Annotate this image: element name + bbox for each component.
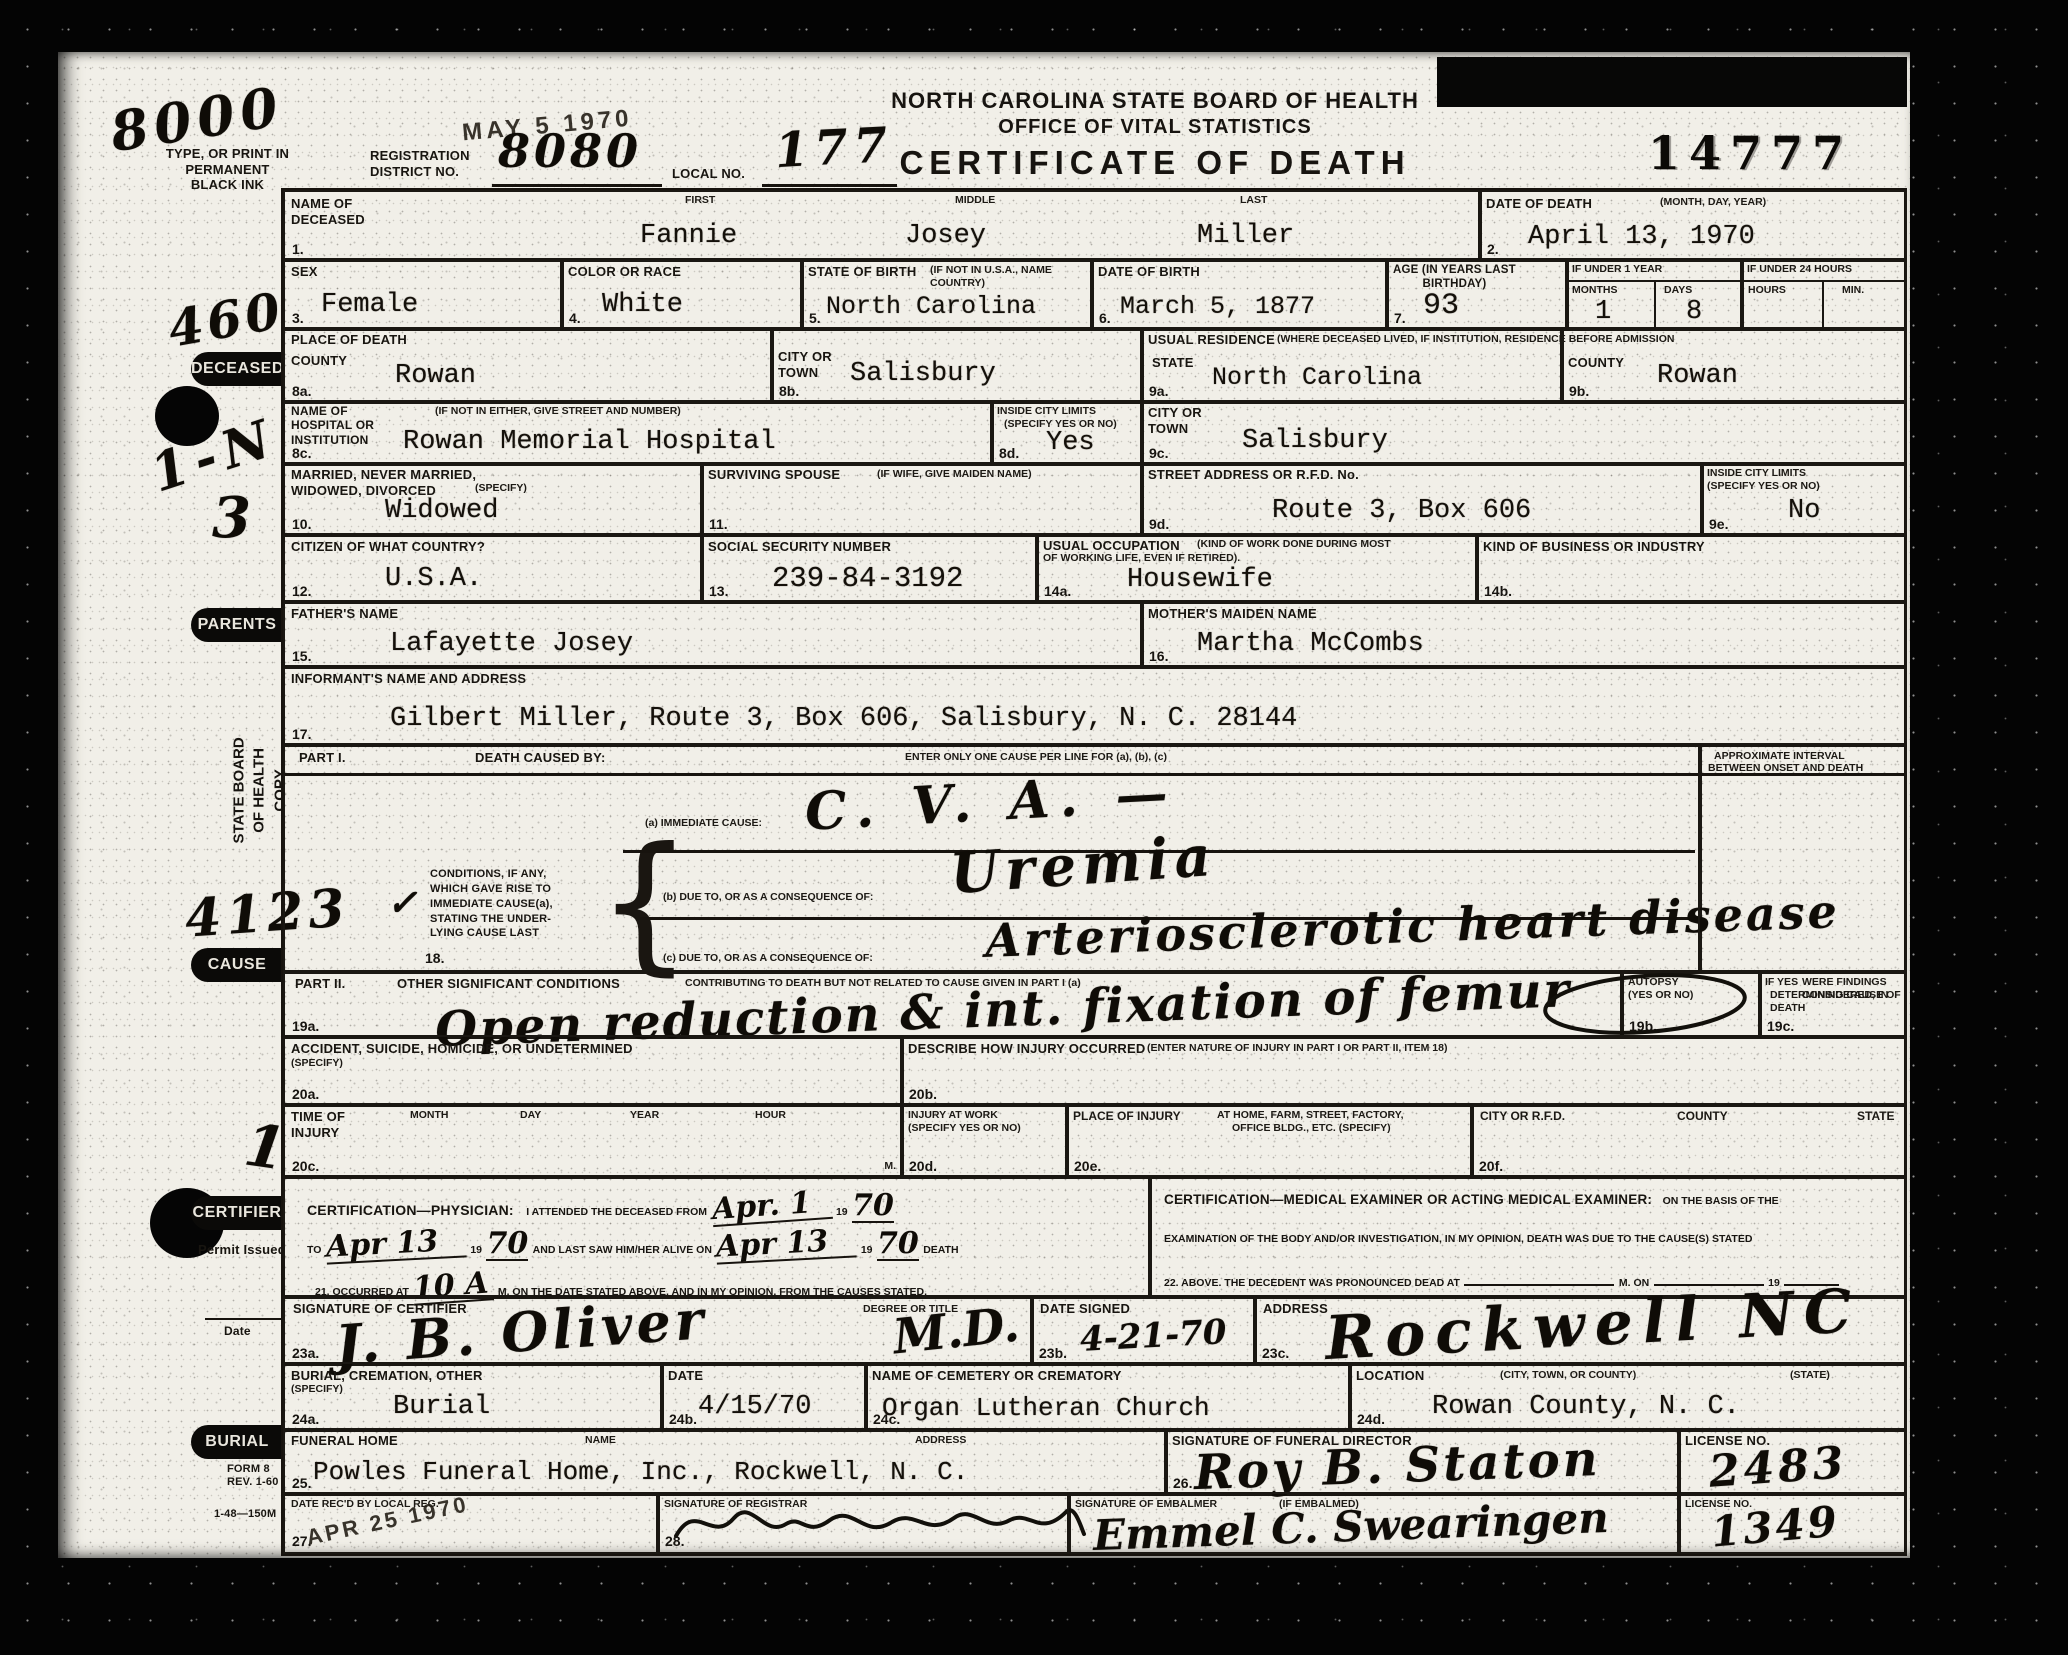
field-ssn: SOCIAL SECURITY NUMBER 239-84-3192 13. <box>700 533 1039 604</box>
field-certifier-address: ADDRESS Rockwell NC 23c. <box>1253 1295 1907 1366</box>
tab-burial: BURIAL <box>191 1425 283 1459</box>
part1-cause-of-death: PART I. DEATH CAUSED BY: ENTER ONLY ONE … <box>283 743 1702 974</box>
field-father-name: FATHER'S NAME Lafayette Josey 15. <box>283 600 1144 669</box>
scanned-death-certificate: 8000 TYPE, OR PRINT IN PERMANENT BLACK I… <box>0 0 2068 1655</box>
min-subcell: MIN. <box>1824 280 1905 331</box>
burial-location-value: Rowan County, N. C. <box>1432 1394 1740 1421</box>
field-signature-of-certifier: SIGNATURE OF CERTIFIER J. B. Oliver DEGR… <box>283 1295 1034 1366</box>
field-place-of-death-county: PLACE OF DEATH COUNTY Rowan 8a. <box>283 327 774 404</box>
tab-parents: PARENTS <box>191 608 283 642</box>
field-date-received: DATE REC'D BY LOCAL REG. APR 25 1970 27. <box>283 1492 660 1554</box>
field-informant: INFORMANT'S NAME AND ADDRESS Gilbert Mil… <box>283 665 1907 747</box>
field-burial-type: BURIAL, CREMATION, OTHER (SPECIFY) Buria… <box>283 1362 664 1432</box>
permit-issued-label: Permit Issued <box>198 1242 286 1258</box>
date-label: Date <box>224 1324 251 1338</box>
field-marital-status: MARRIED, NEVER MARRIED,WIDOWED, DIVORCED… <box>283 462 704 537</box>
field-time-of-injury: TIME OFINJURY MONTH DAY YEAR HOUR M. 20c… <box>283 1103 904 1179</box>
field-director-license: LICENSE NO. 2483 <box>1677 1428 1907 1496</box>
days-subcell: DAYS 8 <box>1656 280 1742 331</box>
registrar-signature-scribble <box>668 1494 1088 1554</box>
field-business-industry: KIND OF BUSINESS OR INDUSTRY 14b. <box>1475 533 1907 604</box>
field-street-address: STREET ADDRESS OR R.F.D. No. Route 3, Bo… <box>1140 462 1704 537</box>
hospital-value: Rowan Memorial Hospital <box>403 429 776 456</box>
attended-to-value: Apr 13 <box>325 1225 466 1264</box>
certificate-number: 14777 <box>1648 126 1853 180</box>
field-surviving-spouse: SURVIVING SPOUSE (IF WIFE, GIVE MAIDEN N… <box>700 462 1144 537</box>
document-title: CERTIFICATE OF DEATH <box>845 144 1465 182</box>
death-county-value: Rowan <box>395 363 476 390</box>
pronounced-dead-at-blank <box>1464 1271 1614 1286</box>
field-age: AGE (IN YEARS LASTBIRTHDAY) 93 7. <box>1385 258 1569 331</box>
marital-status-value: Widowed <box>385 498 498 525</box>
attended-to-year: 70 <box>486 1229 528 1261</box>
degree-value: M.D. <box>891 1301 1022 1362</box>
field-mother-name: MOTHER'S MAIDEN NAME Martha McCombs 16. <box>1140 600 1907 669</box>
district-no-value: 8080 <box>498 128 642 174</box>
field-date-of-death: DATE OF DEATH (MONTH, DAY, YEAR) April 1… <box>1478 190 1907 262</box>
attended-from-year: 70 <box>852 1191 894 1223</box>
ssn-value: 239-84-3192 <box>772 564 963 593</box>
part2-other-conditions: PART II. OTHER SIGNIFICANT CONDITIONS CO… <box>283 970 1624 1039</box>
registration-district-label: REGISTRATION DISTRICT NO. <box>370 148 470 179</box>
field-color-or-race: COLOR OR RACE White 4. <box>560 258 804 331</box>
field-place-of-death-city: CITY ORTOWN Salisbury 8b. <box>770 327 1144 404</box>
header-line2: OFFICE OF VITAL STATISTICS <box>845 116 1465 139</box>
field-burial-date: DATE 4/15/70 24b. <box>660 1362 868 1432</box>
hours-subcell: HOURS <box>1742 280 1824 331</box>
residence-city-value: Salisbury <box>1242 428 1388 455</box>
burial-type-value: Burial <box>393 1394 490 1421</box>
scan-black-bar <box>1437 57 1907 107</box>
field-residence-state: USUAL RESIDENCE (WHERE DECEASED LIVED, I… <box>1140 327 1564 404</box>
last-alive-year: 70 <box>877 1229 919 1261</box>
months-value: 1 <box>1595 299 1611 326</box>
interval-rule <box>1700 773 1905 776</box>
field-findings-considered: IF YES WERE FINDINGS CONSIDERED, IN DETE… <box>1758 970 1907 1039</box>
field-funeral-director-signature: SIGNATURE OF FUNERAL DIRECTOR Roy B. Sta… <box>1164 1428 1681 1496</box>
residence-state-value: North Carolina <box>1212 365 1422 390</box>
field-cemetery: NAME OF CEMETERY OR CREMATORY Organ Luth… <box>864 1362 1352 1432</box>
date-line <box>205 1318 283 1320</box>
approximate-interval-column: APPROXIMATE INTERVAL BETWEEN ONSET AND D… <box>1698 743 1907 974</box>
citizen-value: U.S.A. <box>385 566 482 593</box>
state-of-birth-value: North Carolina <box>826 294 1036 319</box>
field-date-signed: DATE SIGNED 4-21-70 23b. <box>1030 1295 1257 1366</box>
field-if-under-1-year: IF UNDER 1 YEAR MONTHS 1 DAYS 8 <box>1565 258 1744 331</box>
death-city-value: Salisbury <box>850 361 996 388</box>
street-address-value: Route 3, Box 606 <box>1272 498 1531 525</box>
header-line1: NORTH CAROLINA STATE BOARD OF HEALTH <box>845 88 1465 114</box>
director-license-value: 2483 <box>1708 1441 1849 1495</box>
informant-value: Gilbert Miller, Route 3, Box 606, Salisb… <box>390 706 1297 733</box>
date-of-birth-value: March 5, 1877 <box>1120 294 1315 319</box>
funeral-director-signature: Roy B. Staton <box>1193 1435 1601 1497</box>
tab-cause: CAUSE <box>191 948 283 982</box>
inside-city-limits-9e-value: No <box>1788 498 1820 525</box>
father-name-value: Lafayette Josey <box>390 631 633 658</box>
date-of-death-value: April 13, 1970 <box>1528 224 1755 251</box>
occupation-value: Housewife <box>1127 567 1273 594</box>
field-residence-county: COUNTY Rowan 9b. <box>1560 327 1907 404</box>
local-no-label: LOCAL NO. <box>672 166 745 182</box>
field-embalmer-license: LICENSE NO. 1349 <box>1677 1492 1907 1554</box>
field-sex: SEX Female 3. <box>283 258 564 331</box>
field-place-of-injury: PLACE OF INJURY AT HOME, FARM, STREET, F… <box>1065 1103 1474 1179</box>
deceased-last-name: Miller <box>1197 223 1294 250</box>
field-date-of-birth: DATE OF BIRTH March 5, 1877 6. <box>1090 258 1389 331</box>
field-name-of-deceased: NAME OFDECEASED FIRST MIDDLE LAST Fannie… <box>283 190 1482 262</box>
field-embalmer-signature: SIGNATURE OF EMBALMER (IF EMBALMED) Emme… <box>1067 1492 1681 1554</box>
burial-date-value: 4/15/70 <box>698 1394 811 1421</box>
field-if-under-24-hours: IF UNDER 24 HOURS HOURS MIN. <box>1740 258 1907 331</box>
tab-certifier: CERTIFIER <box>191 1196 283 1230</box>
residence-county-value: Rowan <box>1657 363 1738 390</box>
cause-b-value: Uremia <box>948 828 1218 902</box>
last-alive-value: Apr 13 <box>716 1225 857 1264</box>
local-no-line <box>762 184 897 187</box>
field-occupation: USUAL OCCUPATION (KIND OF WORK DONE DURI… <box>1035 533 1479 604</box>
cemetery-value: Organ Lutheran Church <box>882 1395 1210 1421</box>
field-describe-injury: DESCRIBE HOW INJURY OCCURRED (ENTER NATU… <box>900 1035 1907 1107</box>
deceased-first-name: Fannie <box>640 223 737 250</box>
certifier-address-value: Rockwell NC <box>1324 1281 1863 1369</box>
field-burial-location: LOCATION (CITY, TOWN, OR COUNTY) (STATE)… <box>1348 1362 1907 1432</box>
days-value: 8 <box>1686 299 1702 326</box>
field-inside-city-limits-8d: INSIDE CITY LIMITS (SPECIFY YES OR NO) Y… <box>990 400 1144 466</box>
field-injury-city-county-state: CITY OR R.F.D. COUNTY STATE 20f. <box>1470 1103 1907 1179</box>
autopsy-circle-scribble <box>1530 962 1760 1042</box>
certification-physician: CERTIFICATION—PHYSICIAN: I ATTENDED THE … <box>283 1175 1152 1299</box>
embalmer-license-value: 1349 <box>1709 1500 1841 1553</box>
deceased-middle-name: Josey <box>905 223 986 250</box>
field-hospital: NAME OFHOSPITAL ORINSTITUTION (IF NOT IN… <box>283 400 994 466</box>
mother-name-value: Martha McCombs <box>1197 631 1424 658</box>
field-funeral-home: FUNERAL HOME NAME ADDRESS Powles Funeral… <box>283 1428 1168 1496</box>
attended-from-value: Apr. 1 <box>711 1187 833 1227</box>
cause-a-value: C. V. A. — <box>804 767 1179 838</box>
field-inside-city-limits-9e: INSIDE CITY LIMITS (SPECIFY YES OR NO) N… <box>1700 462 1907 537</box>
checkmark: ✓ <box>387 885 417 921</box>
field-injury-at-work: INJURY AT WORK (SPECIFY YES OR NO) 20d. <box>900 1103 1069 1179</box>
field-accident-type: ACCIDENT, SUICIDE, HOMICIDE, OR UNDETERM… <box>283 1035 904 1107</box>
field-registrar-signature: SIGNATURE OF REGISTRAR 28. <box>656 1492 1071 1554</box>
form-print-code: 1-48—150M <box>214 1508 276 1521</box>
funeral-home-value: Powles Funeral Home, Inc., Rockwell, N. … <box>313 1459 968 1485</box>
date-signed-value: 4-21-70 <box>1079 1315 1227 1357</box>
form-number: FORM 8 REV. 1-60 <box>227 1463 279 1489</box>
sex-value: Female <box>321 292 418 319</box>
field-state-of-birth: STATE OF BIRTH (IF NOT IN U.S.A., NAME C… <box>800 258 1094 331</box>
district-no-line <box>492 184 662 187</box>
months-subcell: MONTHS 1 <box>1567 280 1656 331</box>
handwritten-3: 3 <box>212 490 251 546</box>
age-value: 93 <box>1423 291 1459 321</box>
race-value: White <box>602 292 683 319</box>
field-residence-city: CITY ORTOWN Salisbury 9c. <box>1140 400 1907 466</box>
tab-deceased: DECEASED <box>191 352 283 386</box>
field-citizen: CITIZEN OF WHAT COUNTRY? U.S.A. 12. <box>283 533 704 604</box>
margin-instruction: TYPE, OR PRINT IN PERMANENT BLACK INK <box>165 146 290 193</box>
inside-city-limits-8d-value: Yes <box>1046 430 1095 457</box>
